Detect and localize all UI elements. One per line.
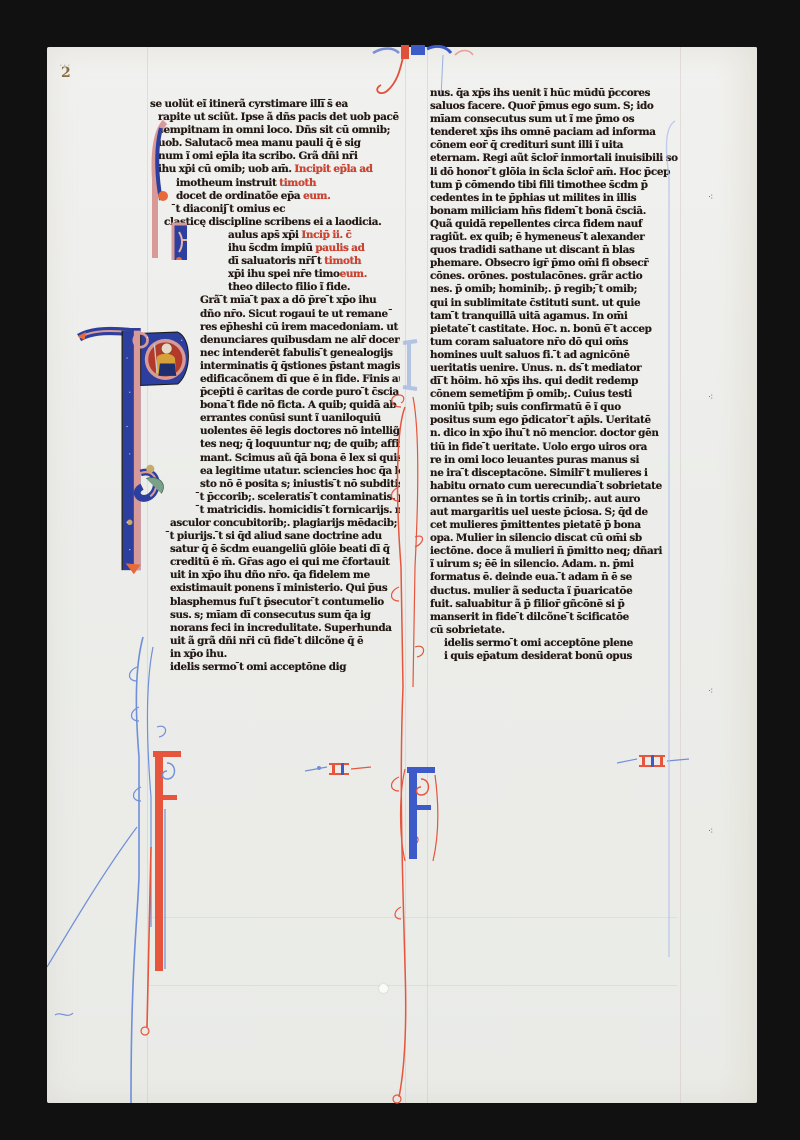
text-line: li dō honor ̄t glōia in s̄cla s̄clor̄ am… bbox=[430, 166, 678, 179]
text-line: imotheum instruit bbox=[176, 177, 279, 189]
text-line: pietate ̄t castitate. Hoc. n. bonū ē ̄t … bbox=[430, 323, 678, 336]
text-line: cōnes. orōnes. postulacōnes. grãr actio bbox=[430, 270, 678, 283]
initial-f-right bbox=[399, 765, 439, 865]
text-line: clasticę discipline scribens ei a laodic… bbox=[150, 216, 400, 229]
text-line: iectōne. doce ã mulieri n̄ p̄mitto neq; … bbox=[430, 545, 678, 558]
text-line: se uolüt eĩ itinerã cyrstimare illi̅ s̄ … bbox=[150, 98, 400, 111]
text-line: re in omi loco leuantes puras manus si bbox=[430, 454, 678, 467]
text-line: eternam. Regi aũt s̄clor̄ inmortali inui… bbox=[430, 152, 678, 165]
wormhole-spots: ⁖ bbox=[708, 687, 715, 697]
text-line: bonam miliciam h̄n̄s fidem ̄t bonā c̄sci… bbox=[430, 205, 678, 218]
text-line: qui in sublimitate c̄stituti sunt. ut qu… bbox=[430, 297, 678, 310]
text-line: aulus aps̄ xp̄i bbox=[228, 229, 301, 241]
text-line: docet de ordinatõe ep̄a bbox=[176, 190, 303, 202]
wormhole-spots: ⁖ bbox=[708, 393, 715, 403]
chapter-number-left bbox=[305, 761, 375, 777]
text-line: rapite ut sciũt. Ipse ã dñs pacis det uo… bbox=[150, 111, 400, 124]
text-line: cōnem semetip̄m p̄ omib;. Cuius testi bbox=[430, 388, 678, 401]
initial-f-left bbox=[147, 749, 183, 979]
text-line: tiū in fide ̄t ueritate. Uolo ergo uiros… bbox=[430, 441, 678, 454]
text-line: fuit. saluabitur ã p̄ filior̄ gñcōnē si … bbox=[430, 598, 678, 611]
rubric-text: eum. bbox=[303, 190, 330, 202]
text-line: i quis ep̄atum desiderat bonū opus bbox=[430, 650, 678, 663]
text-line: nus. q̄a xp̄s ih̄s uenit ĩ hūc mūdū p̄cc… bbox=[430, 87, 678, 100]
ruling-line bbox=[680, 47, 681, 1103]
text-line: cedentes in te p̄ph̄ias ut milites in il… bbox=[430, 192, 678, 205]
text-line: formatus ē. deinde eua. ̄t adam n̄ ē se bbox=[430, 571, 678, 584]
pen-flourish-right bbox=[659, 117, 679, 967]
text-line: cet mulieres p̄mittentes pietatē p̄ bona bbox=[430, 519, 678, 532]
text-line: n. dico in xp̄o ih̄u ̄t nō mencior. doct… bbox=[430, 427, 678, 440]
vellum-leaf: ... 2 se uolüt eĩ itinerã cyrstimare ill… bbox=[47, 47, 757, 1103]
text-line: idelis sermo ̄t omi acceptōne plene bbox=[430, 637, 678, 650]
rubric-text: Incip̄ ii. c̄ bbox=[301, 229, 351, 241]
text-line: Quã quidā repellentes circa fidem nauf bbox=[430, 218, 678, 231]
text-line: nes. p̄ omib; hominib;. p̄ regib; ̄t omi… bbox=[430, 283, 678, 296]
text-line: positus sum ego p̄dicator ̄t ap̄ls. Ueri… bbox=[430, 414, 678, 427]
text-line: aut margaritis uel ueste p̄ciosa. S; q̄d… bbox=[430, 506, 678, 519]
text-line: ductus. mulier ã seducta ĩ p̄uaricatōe bbox=[430, 585, 678, 598]
text-line: xp̄i ih̄u spei nr̄e timo bbox=[228, 268, 340, 280]
text-line: ragiũt. ex quib; ē hymeneus ̄t alexander bbox=[430, 231, 678, 244]
text-line: uob. Salutacõ mea manu pauli q̄ ē sig bbox=[150, 137, 400, 150]
text-line: tam ̄t tranquillā uitā agamus. In om̄i bbox=[430, 310, 678, 323]
illuminated-initial-i bbox=[147, 120, 187, 260]
text-line: quos tradidi sathane ut discant n̄ blas bbox=[430, 244, 678, 257]
text-line: sempit̄nam in omni loco. Dñs sit cū omni… bbox=[150, 124, 400, 137]
text-line: ĩ uirum s; ēē in silencio. Adam. n. p̄mi bbox=[430, 558, 678, 571]
text-line: tum coram saluatore nr̄o dō qui om̄s bbox=[430, 336, 678, 349]
text-line: idelis sermo ̄t omi acceptōne dig bbox=[150, 661, 400, 674]
text-line: homines uult saluos fi. ̄t ad agnicōnē bbox=[430, 349, 678, 362]
text-line: cōnem eor̄ q̄ credituri sunt illi ĩ uita bbox=[430, 139, 678, 152]
text-line: phemare. Obsecro igr̄ p̄mo om̄i fi obsec… bbox=[430, 257, 678, 270]
text-line: ornantes se n̄ in tortis crinib;. aut au… bbox=[430, 493, 678, 506]
text-line: num ĩ omi ep̄la ita scribo. Grã dñi nr̄i bbox=[150, 150, 400, 163]
text-line: ih̄u s̄cdm impiū bbox=[228, 242, 315, 254]
right-column-text: nus. q̄a xp̄s ih̄s uenit ĩ hūc mūdū p̄cc… bbox=[430, 87, 678, 663]
rubric-text: eum. bbox=[340, 268, 367, 280]
text-line: in xp̄o ih̄u. bbox=[150, 648, 400, 661]
folio-mark: 2 bbox=[61, 65, 71, 81]
rubric-text: timoth bbox=[324, 255, 361, 267]
chapter-number-right bbox=[617, 753, 691, 769]
text-line: dī ̄t hōim. hō xp̄s ih̄s. qui dedit rede… bbox=[430, 375, 678, 388]
parchment-hole bbox=[379, 984, 388, 993]
initial-i-faint bbox=[399, 337, 423, 397]
text-line: habitu ornato cum uerecundia ̄t sobrieta… bbox=[430, 480, 678, 493]
text-line: moniū t̄pib; suis confirmatū ē ĩ quo bbox=[430, 401, 678, 414]
text-line: ̄t diaconij ̄t omius ec bbox=[150, 203, 400, 216]
text-line: cū sobrietate. bbox=[430, 624, 678, 637]
manuscript-stage: ... 2 se uolüt eĩ itinerã cyrstimare ill… bbox=[0, 0, 800, 1140]
pen-flourish-center bbox=[385, 367, 435, 1107]
text-line: tenderet xp̄s ih̄s omnē paciam ad inform… bbox=[430, 126, 678, 139]
text-line: opa. Mulier in silencio discat cū om̄i s… bbox=[430, 532, 678, 545]
rubric-text: paulis ad bbox=[315, 242, 364, 254]
text-line: ueritatis uenire. Unus. n. d̄s ̄t mediat… bbox=[430, 362, 678, 375]
text-line: saluos facere. Quor̄ p̄mus ego sum. S; i… bbox=[430, 100, 678, 113]
wormhole-spots: ⁖ bbox=[708, 193, 715, 203]
rubric-text: timoth bbox=[279, 177, 316, 189]
text-line: dī saluatoris nr̄i ̄t bbox=[228, 255, 324, 267]
text-line: tum p̄ cōmendo tibi fili timothee s̄cdm … bbox=[430, 179, 678, 192]
text-line: manserit in fide ̄t dilcõne ̄t s̄cificat… bbox=[430, 611, 678, 624]
text-line: ne ira ̄t disceptacōne. Similr̄ ̄t mulie… bbox=[430, 467, 678, 480]
text-line: mīam consecutus sum ut ĩ me p̄mo os bbox=[430, 113, 678, 126]
illuminated-initial-p bbox=[75, 247, 205, 647]
rubric-text: Incipit ep̄la ad bbox=[294, 163, 372, 175]
wormhole-spots: ⁖ bbox=[708, 827, 715, 837]
